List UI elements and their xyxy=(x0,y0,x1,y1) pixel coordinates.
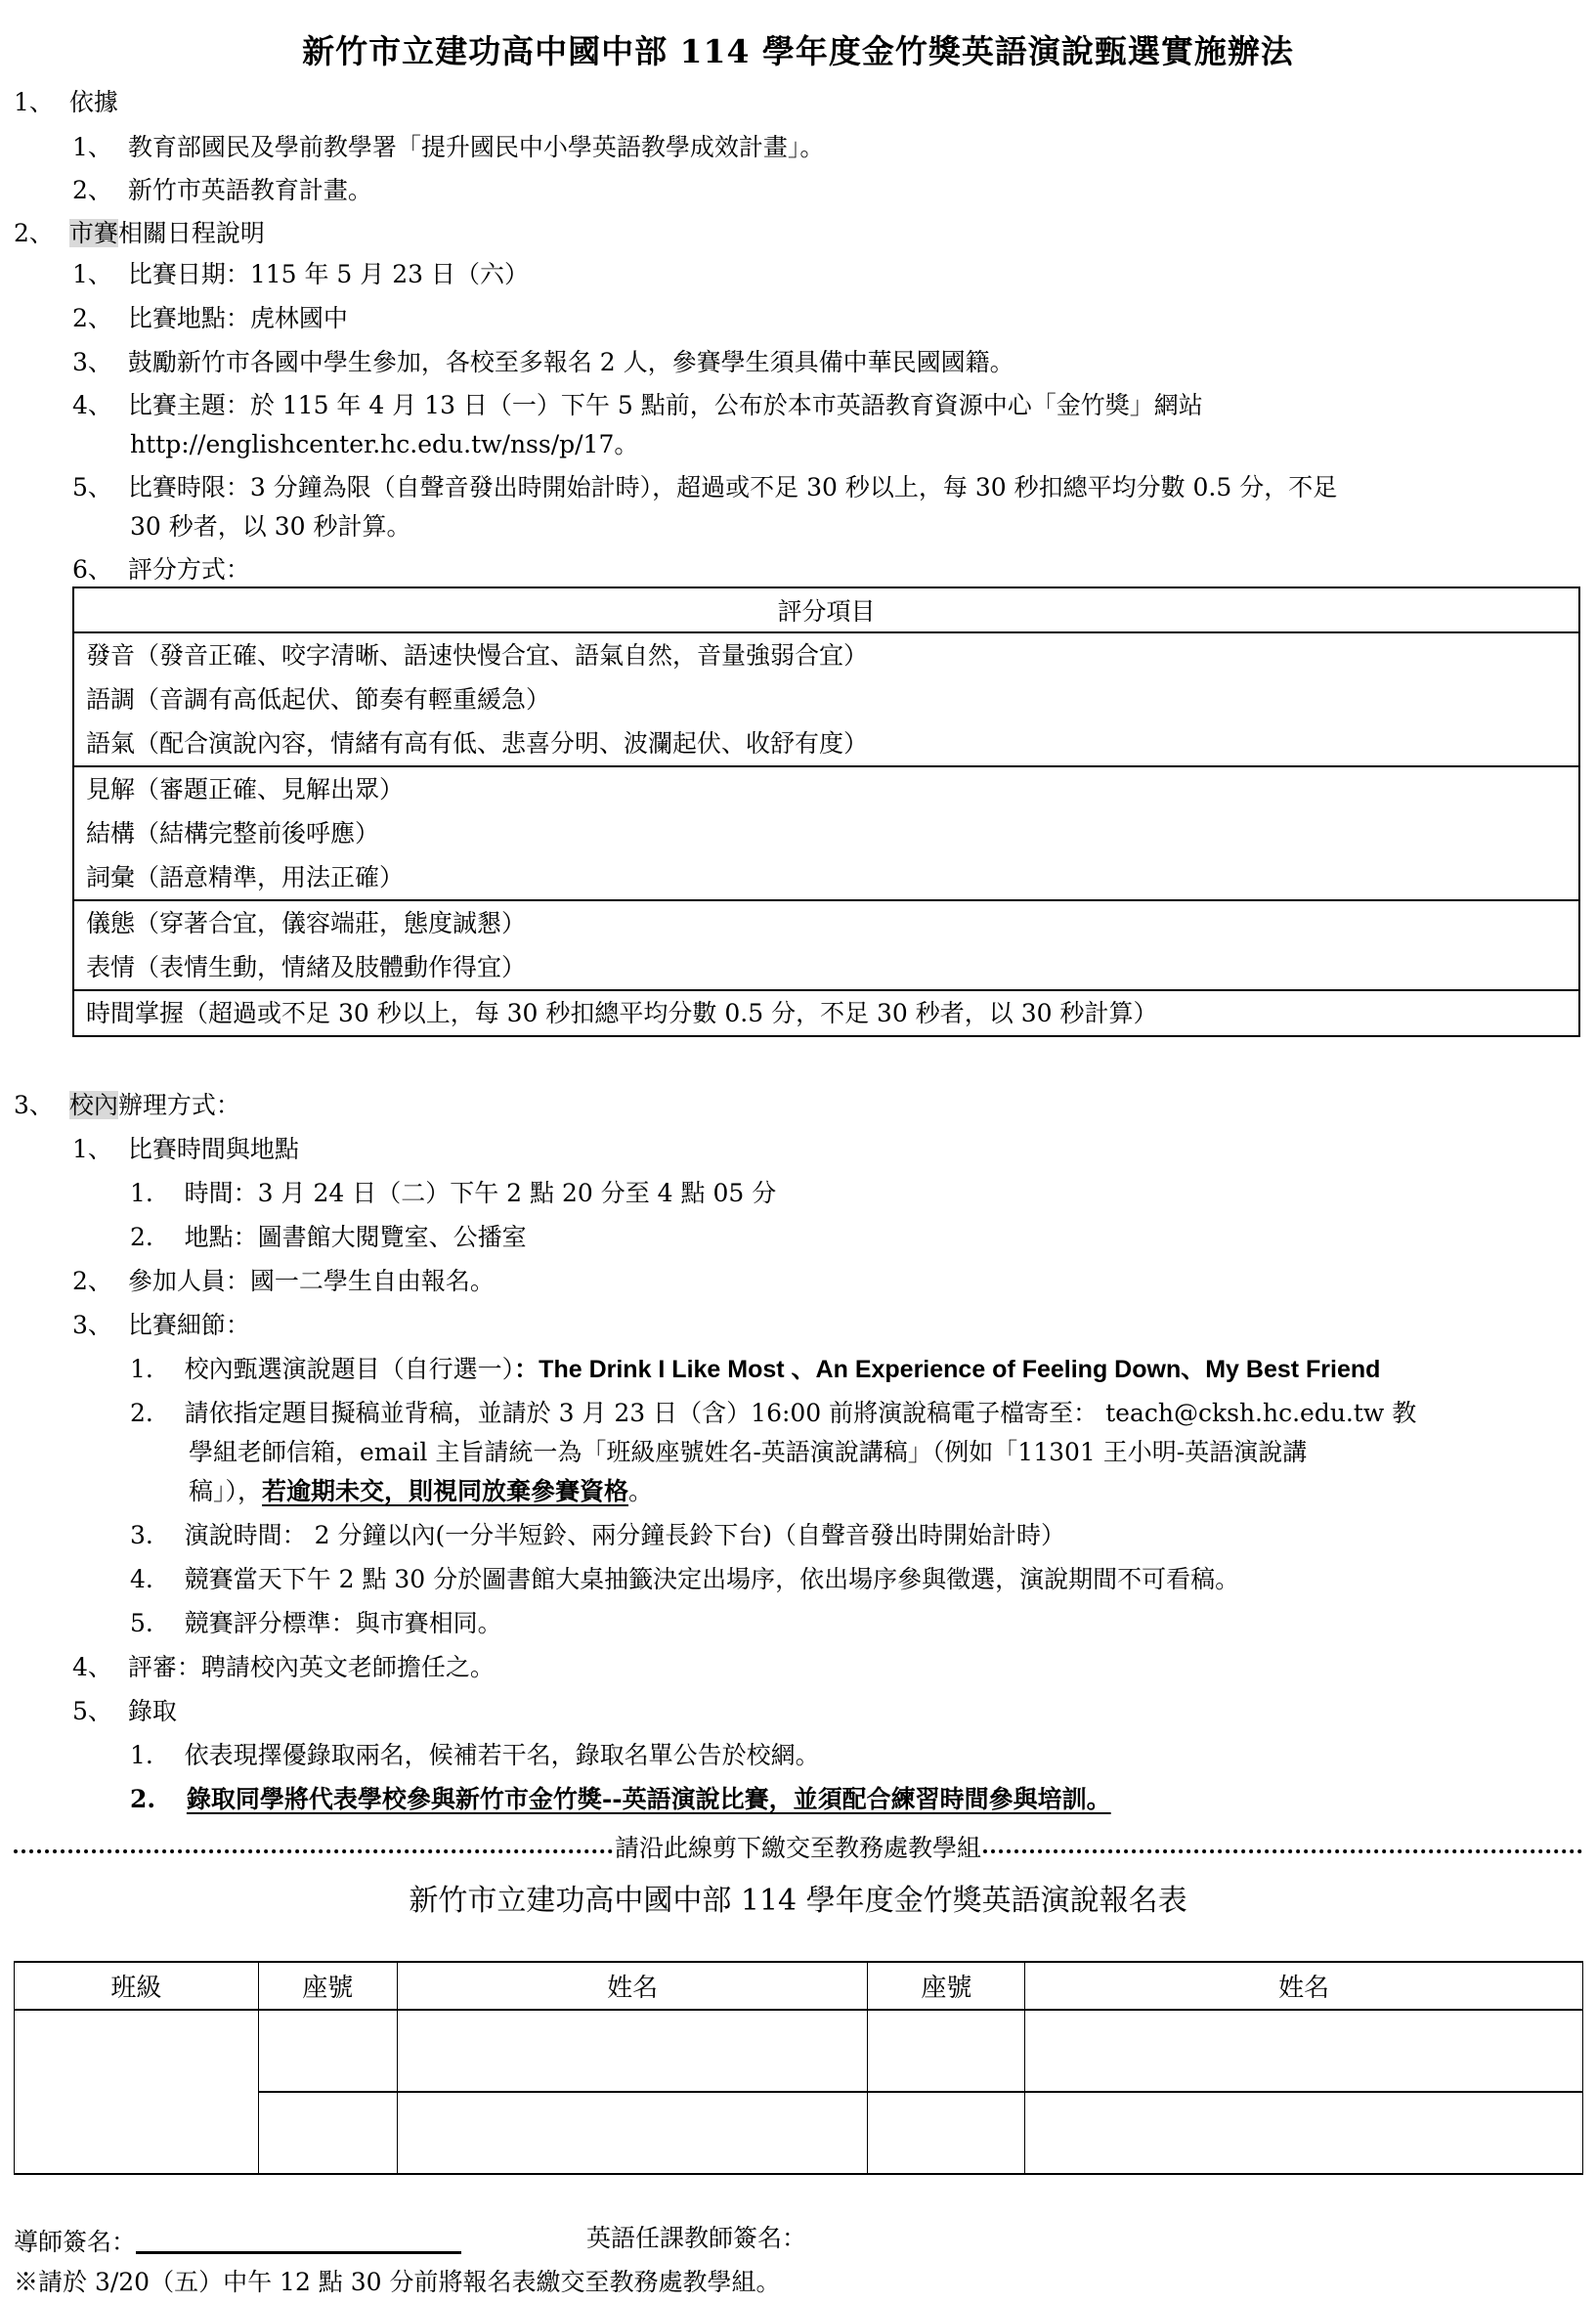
section-number: 3、 xyxy=(14,1091,54,1119)
list-item: 2、 參加人員：國一二學生自由報名。 xyxy=(72,1269,495,1293)
sub-item: 2. 地點：圖書館大閱覽室、公播室 xyxy=(130,1225,527,1249)
item-number: 6、 xyxy=(72,555,112,584)
list-item: 5、 比賽時限：3 分鐘為限（自聲音發出時開始計時），超過或不足 30 秒以上，… xyxy=(72,475,1337,500)
sub-item-text: 競賽當天下午 2 點 30 分於圖書館大桌抽籤決定出場序，依出場序參與徵選，演說… xyxy=(185,1565,1240,1593)
sub-item-number: 2. xyxy=(130,1785,155,1813)
speech-topics: ：The Drink I Like Most 、An Experience of… xyxy=(514,1356,1380,1383)
scoring-item: 語調（音調有高低起伏、節奏有輕重緩急） xyxy=(86,677,1567,721)
section-2-heading: 2、 市賽相關日程說明 xyxy=(14,221,265,245)
sub-item-text-continued: 學組老師信箱，email 主旨請統一為「班級座號姓名-英語演說講稿」（例如「11… xyxy=(189,1440,1307,1464)
sub-item-text: 。 xyxy=(628,1477,653,1505)
table-row xyxy=(15,2010,1583,2092)
sub-item-text: 稿」）， xyxy=(189,1477,262,1505)
scoring-item: 發音（發音正確、咬字清晰、語速快慢合宜、語氣自然，音量強弱合宜） xyxy=(86,633,1567,677)
item-text: 評審：聘請校內英文老師擔任之。 xyxy=(128,1653,495,1681)
item-text-continued: 30 秒者，以 30 秒計算。 xyxy=(130,514,410,539)
sub-item-number: 4. xyxy=(130,1565,153,1593)
email-link[interactable]: teach@cksh.hc.edu.tw xyxy=(1105,1399,1384,1427)
item-number: 1、 xyxy=(72,133,112,161)
sub-item: 1. 依表現擇優錄取兩名，候補若干名，錄取名單公告於校網。 xyxy=(130,1743,820,1767)
sub-item-number: 2. xyxy=(130,1223,153,1251)
item-text: 比賽日期：115 年 5 月 23 日（六） xyxy=(128,260,529,288)
cut-line: 請沿此線剪下繳交至教務處教學組 xyxy=(14,1836,1582,1860)
sub-item: 1. 校內甄選演說題目（自行選一）：The Drink I Like Most … xyxy=(130,1357,1380,1382)
item-text: 比賽主題：於 115 年 4 月 13 日（一）下午 5 點前，公布於本市英語教… xyxy=(128,391,1203,419)
list-item: 2、 新竹市英語教育計畫。 xyxy=(72,178,372,202)
sub-item: 2. 請依指定題目擬稿並背稿，並請於 3 月 23 日（含）16:00 前將演說… xyxy=(130,1401,1416,1425)
item-text: 參加人員：國一二學生自由報名。 xyxy=(128,1267,495,1295)
scoring-item: 表情（表情生動，情緒及肢體動作得宜） xyxy=(86,945,1567,989)
section-1-heading: 1、 依據 xyxy=(14,90,118,114)
name-field[interactable] xyxy=(1025,2092,1583,2174)
item-number: 4、 xyxy=(72,391,112,419)
sub-item-text-continued: 稿」），若逾期未交，則視同放棄參賽資格。 xyxy=(189,1479,653,1503)
sub-item-number: 1. xyxy=(130,1179,153,1207)
scoring-item: 儀態（穿著合宜，儀容端莊，態度誠懇） xyxy=(86,901,1567,945)
scoring-table: 評分項目 發音（發音正確、咬字清晰、語速快慢合宜、語氣自然，音量強弱合宜） 語調… xyxy=(72,587,1580,1037)
column-header-name: 姓名 xyxy=(1025,1962,1583,2010)
scoring-group: 見解（審題正確、見解出眾） 結構（結構完整前後呼應） 詞彙（語意精準，用法正確） xyxy=(73,766,1579,900)
column-header-seat: 座號 xyxy=(258,1962,397,2010)
scoring-item: 時間掌握（超過或不足 30 秒以上，每 30 秒扣總平均分數 0.5 分，不足 … xyxy=(86,991,1567,1035)
sub-item-text: 教 xyxy=(1392,1399,1416,1427)
item-number: 5、 xyxy=(72,1697,112,1725)
list-item: 3、 比賽細節： xyxy=(72,1313,250,1337)
scoring-group: 儀態（穿著合宜，儀容端莊，態度誠懇） 表情（表情生動，情緒及肢體動作得宜） xyxy=(73,900,1579,990)
scoring-group: 發音（發音正確、咬字清晰、語速快慢合宜、語氣自然，音量強弱合宜） 語調（音調有高… xyxy=(73,632,1579,766)
seat-field[interactable] xyxy=(868,2092,1025,2174)
scoring-item: 見解（審題正確、見解出眾） xyxy=(86,767,1567,811)
highlighted-text: 校內 xyxy=(69,1091,118,1119)
dotted-line xyxy=(983,1849,1582,1853)
sub-item-number: 2. xyxy=(130,1399,153,1427)
item-text: 鼓勵新竹市各國中學生參加，各校至多報名 2 人，參賽學生須具備中華民國國籍。 xyxy=(128,348,1014,376)
list-item: 1、 教育部國民及學前教學署「提升國民中小學英語教學成效計畫」。 xyxy=(72,135,824,159)
item-number: 5、 xyxy=(72,473,112,501)
list-item: 2、 比賽地點：虎林國中 xyxy=(72,306,348,330)
scoring-item: 詞彙（語意精準，用法正確） xyxy=(86,855,1567,899)
name-field[interactable] xyxy=(397,2010,868,2092)
class-field[interactable] xyxy=(15,2010,259,2174)
sub-item-text: 錄取同學將代表學校參與新竹市金竹獎--英語演說比賽，並須配合練習時間參與培訓。 xyxy=(187,1785,1111,1813)
scoring-item: 結構（結構完整前後呼應） xyxy=(86,811,1567,855)
sub-item-number: 1. xyxy=(130,1355,153,1383)
item-text: 評分方式： xyxy=(128,555,250,584)
section-title: 依據 xyxy=(69,88,118,116)
document-title: 新竹市立建功高中國中部 114 學年度金竹獎英語演說甄選實施辦法 xyxy=(0,35,1596,67)
cut-line-instruction: 請沿此線剪下繳交至教務處教學組 xyxy=(613,1836,983,1860)
sub-item-text: 依表現擇優錄取兩名，候補若干名，錄取名單公告於校網。 xyxy=(185,1741,820,1769)
column-header-name: 姓名 xyxy=(397,1962,868,2010)
section-number: 1、 xyxy=(14,88,54,116)
item-text: 錄取 xyxy=(128,1697,177,1725)
english-teacher-signature-label: 英語任課教師簽名： xyxy=(586,2226,806,2250)
item-number: 4、 xyxy=(72,1653,112,1681)
list-item: 5、 錄取 xyxy=(72,1699,177,1723)
submission-note: ※請於 3/20（五）中午 12 點 30 分前將報名表繳交至教務處教學組。 xyxy=(14,2270,781,2294)
homeroom-signature: 導師簽名： xyxy=(14,2226,461,2254)
section-title: 辦理方式： xyxy=(118,1091,240,1119)
item-text: 教育部國民及學前教學署「提升國民中小學英語教學成效計畫」。 xyxy=(128,133,825,161)
list-item: 1、 比賽時間與地點 xyxy=(72,1137,299,1161)
section-number: 2、 xyxy=(14,219,54,247)
scoring-table-header: 評分項目 xyxy=(73,587,1579,632)
sub-item: 3. 演說時間： 2 分鐘以內(一分半短鈴、兩分鐘長鈴下台)（自聲音發出時開始計… xyxy=(130,1523,1065,1547)
item-number: 1、 xyxy=(72,260,112,288)
column-header-seat: 座號 xyxy=(868,1962,1025,2010)
item-text: 比賽地點：虎林國中 xyxy=(128,304,348,332)
section-title: 相關日程說明 xyxy=(118,219,265,247)
registration-table: 班級 座號 姓名 座號 姓名 xyxy=(14,1961,1583,2175)
item-number: 1、 xyxy=(72,1135,112,1163)
item-text: 新竹市英語教育計畫。 xyxy=(128,176,372,204)
section-3-heading: 3、 校內辦理方式： xyxy=(14,1093,240,1117)
item-number: 3、 xyxy=(72,348,112,376)
list-item: 6、 評分方式： xyxy=(72,557,250,582)
sub-item-text: 競賽評分標準：與市賽相同。 xyxy=(185,1609,502,1637)
sub-item-text: 地點：圖書館大閱覽室、公播室 xyxy=(185,1223,527,1251)
scoring-group: 時間掌握（超過或不足 30 秒以上，每 30 秒扣總平均分數 0.5 分，不足 … xyxy=(73,990,1579,1036)
seat-field[interactable] xyxy=(258,2092,397,2174)
sub-item-number: 5. xyxy=(130,1609,153,1637)
sub-item: 1. 時間：3 月 24 日（二）下午 2 點 20 分至 4 點 05 分 xyxy=(130,1181,776,1205)
item-number: 3、 xyxy=(72,1311,112,1339)
website-link[interactable]: http://englishcenter.hc.edu.tw/nss/p/17。 xyxy=(130,432,638,456)
sub-item-number: 3. xyxy=(130,1521,153,1549)
item-text: 比賽時間與地點 xyxy=(128,1135,299,1163)
item-text: 比賽時限：3 分鐘為限（自聲音發出時開始計時），超過或不足 30 秒以上，每 3… xyxy=(128,473,1337,501)
list-item: 4、 比賽主題：於 115 年 4 月 13 日（一）下午 5 點前，公布於本市… xyxy=(72,393,1203,417)
sub-item: 2. 錄取同學將代表學校參與新竹市金竹獎--英語演說比賽，並須配合練習時間參與培… xyxy=(130,1787,1111,1811)
dotted-line xyxy=(14,1849,613,1853)
sub-item-text: 請依指定題目擬稿並背稿，並請於 3 月 23 日（含）16:00 前將演說稿電子… xyxy=(185,1399,1099,1427)
sub-item: 4. 競賽當天下午 2 點 30 分於圖書館大桌抽籤決定出場序，依出場序參與徵選… xyxy=(130,1567,1239,1591)
item-text: 比賽細節： xyxy=(128,1311,250,1339)
deadline-warning: 若逾期未交，則視同放棄參賽資格 xyxy=(262,1477,628,1505)
sub-item-text: 校內甄選演說題目（自行選一） xyxy=(185,1355,515,1383)
list-item: 3、 鼓勵新竹市各國中學生參加，各校至多報名 2 人，參賽學生須具備中華民國國籍… xyxy=(72,350,1014,374)
sub-item-number: 1. xyxy=(130,1741,153,1769)
item-number: 2、 xyxy=(72,1267,112,1295)
name-field[interactable] xyxy=(397,2092,868,2174)
item-number: 2、 xyxy=(72,304,112,332)
item-number: 2、 xyxy=(72,176,112,204)
signature-line[interactable] xyxy=(136,2226,461,2254)
signature-label: 導師簽名： xyxy=(14,2228,136,2256)
seat-field[interactable] xyxy=(258,2010,397,2092)
list-item: 1、 比賽日期：115 年 5 月 23 日（六） xyxy=(72,262,529,286)
sub-item: 5. 競賽評分標準：與市賽相同。 xyxy=(130,1611,502,1635)
sub-item-text: 時間：3 月 24 日（二）下午 2 點 20 分至 4 點 05 分 xyxy=(185,1179,777,1207)
form-title: 新竹市立建功高中國中部 114 學年度金竹獎英語演說報名表 xyxy=(0,1887,1596,1916)
seat-field[interactable] xyxy=(868,2010,1025,2092)
list-item: 4、 評審：聘請校內英文老師擔任之。 xyxy=(72,1655,495,1679)
scoring-item: 語氣（配合演說內容，情緒有高有低、悲喜分明、波瀾起伏、收舒有度） xyxy=(86,721,1567,765)
name-field[interactable] xyxy=(1025,2010,1583,2092)
highlighted-text: 市賽 xyxy=(69,219,118,247)
column-header-class: 班級 xyxy=(15,1962,259,2010)
sub-item-text: 演說時間： 2 分鐘以內(一分半短鈴、兩分鐘長鈴下台)（自聲音發出時開始計時） xyxy=(185,1521,1065,1549)
